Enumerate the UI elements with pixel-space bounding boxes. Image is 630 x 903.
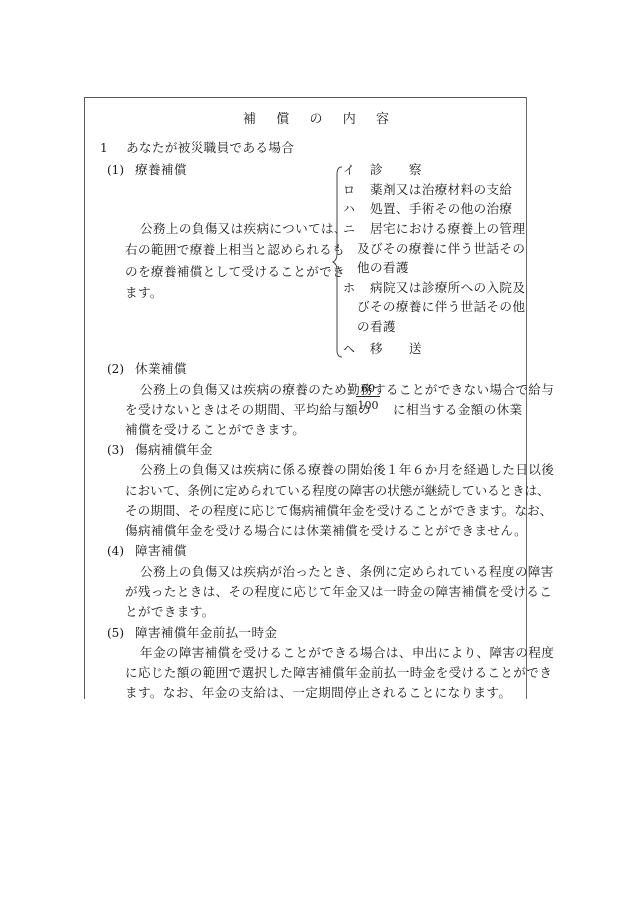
title-char: 容 [376,112,389,128]
item-number: (4) [107,543,124,559]
body-line: 公務上の負傷又は疾病については、 [140,221,347,237]
item-heading: 障害補償年金前払一時金 [135,625,277,641]
item-number: (5) [107,625,124,641]
item-heading: 傷病補償年金 [135,442,213,458]
list-item: 診 察 [370,162,422,178]
document-title: 補 償 の 内 容 [243,112,389,128]
body-line: 年金の障害補償を受けることができる場合は、申出により、障害の程度 [140,645,554,661]
title-char: の [309,112,322,128]
item-heading: 休業補償 [135,361,187,377]
item-number: (3) [107,442,124,458]
list-item: 病院又は診療所への入院及 [370,280,525,296]
list-item-continued: の看護 [357,319,396,335]
body-line: 補償を受けることができます。 [125,422,305,438]
list-marker: ヘ [343,341,355,357]
body-line: 右の範囲で療養上相当と認められるも [125,242,345,258]
list-item-continued: 他の看護 [357,260,409,276]
item-number: (1) [107,162,124,178]
body-line: とができます。 [125,604,215,620]
body-line: において、条例に定められている程度の障害の状態が継続しているときは、 [125,483,550,499]
list-marker: ハ [343,201,355,217]
title-char: 補 [243,112,256,128]
list-marker: ロ [343,182,355,198]
fraction: 60 100 [356,382,380,412]
item-heading: 障害補償 [135,543,187,559]
title-char: 内 [343,112,356,128]
body-line: 公務上の負傷又は疾病が治ったとき、条例に定められている程度の障害 [140,564,554,580]
section-heading: あなたが被災職員である場合 [126,140,294,156]
fraction-denominator: 100 [358,399,379,412]
fraction-bar [356,396,380,397]
list-item: 居宅における療養上の管理 [370,221,525,237]
item-number: (2) [107,361,124,377]
title-char: 償 [276,112,289,128]
list-item-continued: びその療養に伴う世話その他 [357,299,525,315]
list-item: 移 送 [370,341,422,357]
body-line: 傷病補償年金を受ける場合には休業補償を受けることができません。 [125,523,527,539]
body-line: が残ったときは、その程度に応じて年金又は一時金の障害補償を受けるこ [125,584,552,600]
section-number: 1 [100,140,108,156]
body-line: に相当する金額の休業 [393,402,522,418]
body-line: 公務上の負傷又は疾病の療養のため勤務することができない場合で給与 [140,382,554,398]
body-line: 公務上の負傷又は疾病に係る療養の開始後１年６か月を経過した日以後 [140,462,554,478]
fraction-numerator: 60 [361,382,375,395]
list-item: 薬剤又は治療材料の支給 [370,182,512,198]
item-heading: 療養補償 [135,162,187,178]
body-line: その期間、その程度に応じて傷病補償年金を受けることができます。なお、 [125,503,552,519]
list-marker: ニ [343,221,355,237]
body-line: を受けないときはその期間、平均給与額の [125,402,371,418]
body-line: のを療養補償として受けることができ [125,264,345,280]
body-line: に応じた額の範囲で選択した障害補償年金前払一時金を受けることができ [125,665,552,681]
list-marker: イ [343,162,355,178]
body-line: ます。 [125,285,163,301]
list-marker: ホ [343,280,355,296]
body-line: ます。なお、年金の支給は、一定期間停止されることになります。 [125,685,511,701]
list-item-continued: 及びその療養に伴う世話その [357,241,525,257]
list-item: 処置、手術その他の治療 [370,201,512,217]
